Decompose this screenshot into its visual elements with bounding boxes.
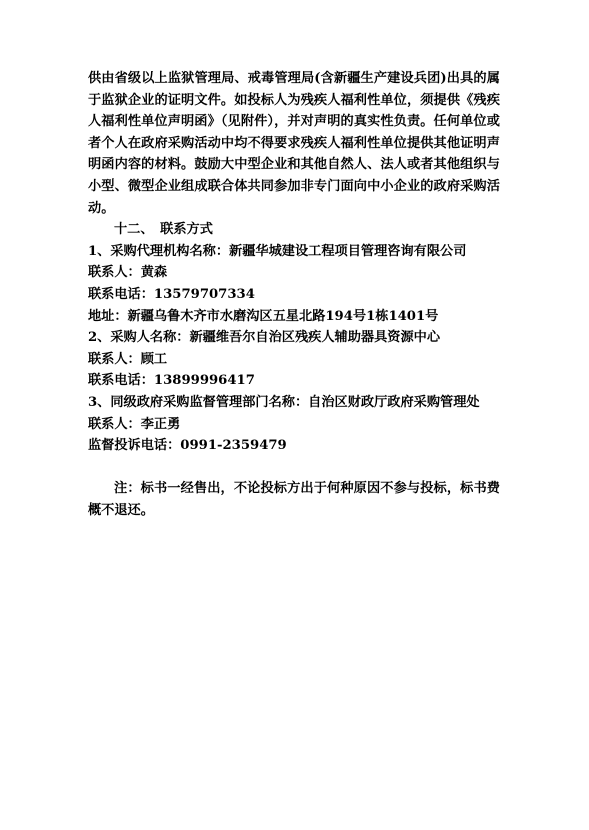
document-page: 供由省级以上监狱管理局、戒毒管理局(含新疆生产建设兵团)出具的属于监狱企业的证明… — [88, 68, 500, 521]
purchaser-name: 2、采购人名称：新疆维吾尔自治区残疾人辅助器具资源中心 — [88, 327, 500, 349]
agency-address: 地址：新疆乌鲁木齐市水磨沟区五星北路194号1栋1401号 — [88, 306, 500, 328]
agency-contact-person: 联系人：黄森 — [88, 262, 500, 284]
contact-block-purchaser: 2、采购人名称：新疆维吾尔自治区残疾人辅助器具资源中心 联系人：顾工 联系电话：… — [88, 327, 500, 392]
contact-block-supervisor: 3、同级政府采购监督管理部门名称：自治区财政厅政府采购管理处 联系人：李正勇 监… — [88, 392, 500, 457]
agency-name: 1、采购代理机构名称：新疆华城建设工程项目管理咨询有限公司 — [88, 241, 500, 263]
spacer — [88, 457, 500, 479]
section-heading: 十二、 联系方式 — [88, 219, 500, 241]
supervisor-complaint-phone: 监督投诉电话：0991-2359479 — [88, 435, 500, 457]
purchaser-contact-person: 联系人：顾工 — [88, 349, 500, 371]
contact-block-agency: 1、采购代理机构名称：新疆华城建设工程项目管理咨询有限公司 联系人：黄森 联系电… — [88, 241, 500, 327]
note-paragraph: 注：标书一经售出，不论投标方出于何种原因不参与投标，标书费概不退还。 — [88, 478, 500, 521]
purchaser-phone: 联系电话：13899996417 — [88, 370, 500, 392]
agency-phone: 联系电话：13579707334 — [88, 284, 500, 306]
intro-paragraph: 供由省级以上监狱管理局、戒毒管理局(含新疆生产建设兵团)出具的属于监狱企业的证明… — [88, 68, 500, 219]
supervisor-contact-person: 联系人：李正勇 — [88, 414, 500, 436]
supervisor-name: 3、同级政府采购监督管理部门名称：自治区财政厅政府采购管理处 — [88, 392, 500, 414]
